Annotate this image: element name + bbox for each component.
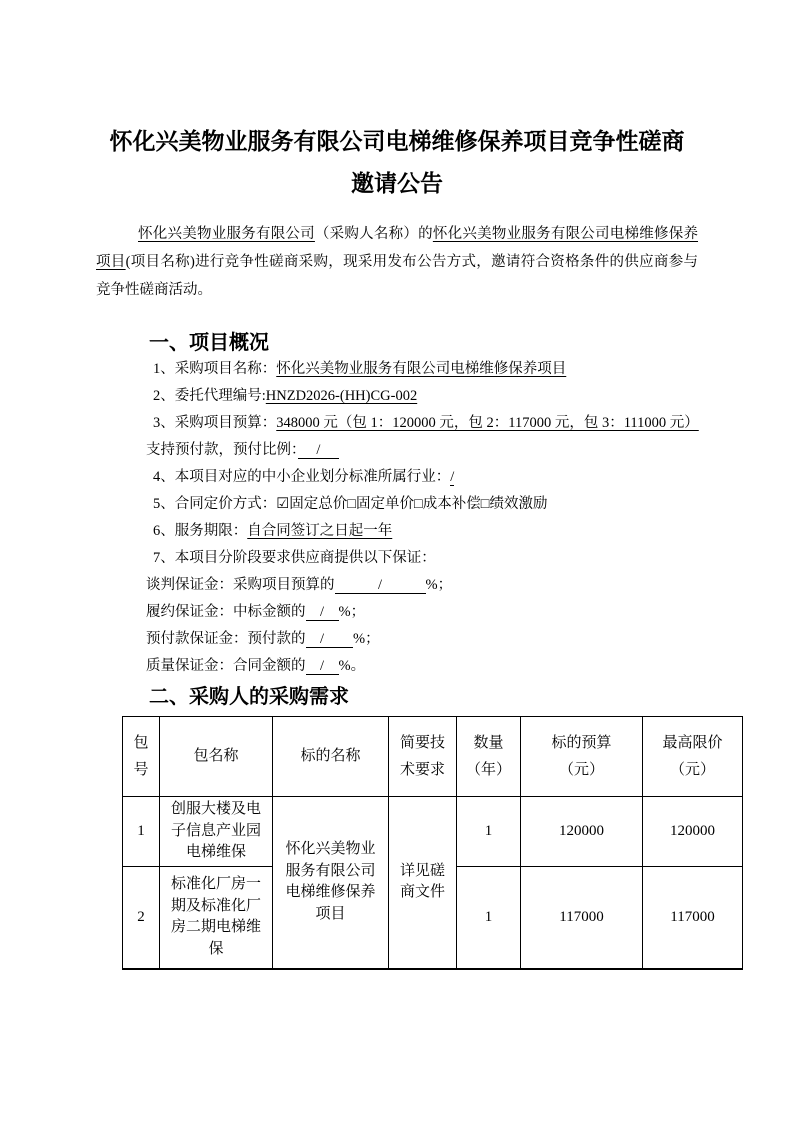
prepayment-ratio-blank: / xyxy=(298,442,338,459)
cell-row1-budget: 120000 xyxy=(521,797,643,867)
col-header-quantity: 数量 （年） xyxy=(457,717,521,797)
intro-paragraph: 怀化兴美物业服务有限公司（采购人名称）的怀化兴美物业服务有限公司电梯维修保养项目… xyxy=(96,220,698,304)
item-prepayment-ratio: 支持预付款，预付比例： / xyxy=(146,437,698,464)
cell-row1-package-no: 1 xyxy=(123,797,160,867)
col-header-price-cap: 最高限价 （元） xyxy=(643,717,743,797)
item5-text: 5、合同定价方式：☑固定总价□固定单价□成本补偿□绩效激励 xyxy=(153,496,548,512)
item6-value: 自合同签订之日起一年 xyxy=(247,523,392,539)
item4-label: 4、本项目对应的中小企业划分标准所属行业： xyxy=(153,469,450,485)
cell-row1-quantity: 1 xyxy=(457,797,521,867)
g1-blank: / xyxy=(335,577,426,594)
item-contract-pricing: 5、合同定价方式：☑固定总价□固定单价□成本补偿□绩效激励 xyxy=(153,491,698,518)
item7-text: 7、本项目分阶段要求供应商提供以下保证： xyxy=(153,550,436,566)
cell-row1-package-name: 创服大楼及电子信息产业园电梯维保 xyxy=(160,797,273,867)
g2-blank: / xyxy=(306,604,339,621)
col-header-package-name: 包名称 xyxy=(160,717,273,797)
cell-row2-budget: 117000 xyxy=(521,867,643,969)
col-header-target-name: 标的名称 xyxy=(273,717,389,797)
section-2-heading: 二、采购人的采购需求 xyxy=(149,684,698,710)
table-header-row: 包 号 包名称 标的名称 简要技 术要求 数量 （年） 标的预算 （元） 最高限… xyxy=(123,717,743,797)
item-guarantees-intro: 7、本项目分阶段要求供应商提供以下保证： xyxy=(153,545,698,572)
g3-blank: / xyxy=(306,631,354,648)
item3-cont-label: 支持预付款，预付比例： xyxy=(146,442,298,458)
g2-suffix: %； xyxy=(339,604,366,620)
cell-tech-requirements-merged: 详见磋商文件 xyxy=(389,797,457,969)
procurement-requirements-table: 包 号 包名称 标的名称 简要技 术要求 数量 （年） 标的预算 （元） 最高限… xyxy=(122,716,743,970)
g3-label: 预付款保证金：预付款的 xyxy=(146,631,306,647)
document-page: 怀化兴美物业服务有限公司电梯维修保养项目竞争性磋商 邀请公告 怀化兴美物业服务有… xyxy=(0,0,793,1122)
item-project-budget: 3、采购项目预算：348000 元（包 1：120000 元，包 2：11700… xyxy=(153,410,698,437)
document-title: 怀化兴美物业服务有限公司电梯维修保养项目竞争性磋商 邀请公告 xyxy=(96,120,698,204)
intro-mid-text: （采购人名称）的 xyxy=(315,226,433,242)
g3-suffix: %； xyxy=(353,631,380,647)
sme-industry-blank: / xyxy=(450,469,454,486)
cell-row2-price-cap: 117000 xyxy=(643,867,743,969)
table-row-package-1: 1 创服大楼及电子信息产业园电梯维保 怀化兴美物业服务有限公司电梯维修保养项目 … xyxy=(123,797,743,867)
cell-row2-package-name: 标准化厂房一期及标准化厂房二期电梯维保 xyxy=(160,867,273,969)
cell-row2-package-no: 2 xyxy=(123,867,160,969)
document-title-line1: 怀化兴美物业服务有限公司电梯维修保养项目竞争性磋商 xyxy=(96,120,698,162)
g2-label: 履约保证金：中标金额的 xyxy=(146,604,306,620)
document-title-line2: 邀请公告 xyxy=(96,162,698,204)
item6-label: 6、服务期限： xyxy=(153,523,247,539)
item2-value: HNZD2026-(HH)CG-002 xyxy=(266,388,417,404)
col-header-package-no: 包 号 xyxy=(123,717,160,797)
intro-rest-text: (项目名称)进行竞争性磋商采购，现采用发布公告方式，邀请符合资格条件的供应商参与… xyxy=(96,254,698,298)
cell-row2-quantity: 1 xyxy=(457,867,521,969)
item1-label: 1、采购项目名称： xyxy=(153,361,276,377)
item-negotiation-guarantee: 谈判保证金：采购项目预算的 / %； xyxy=(146,572,698,599)
item-sme-industry: 4、本项目对应的中小企业划分标准所属行业：/ xyxy=(153,464,698,491)
cell-row1-price-cap: 120000 xyxy=(643,797,743,867)
g1-label: 谈判保证金：采购项目预算的 xyxy=(146,577,335,593)
purchaser-name-underlined: 怀化兴美物业服务有限公司 xyxy=(138,226,315,242)
col-header-tech-requirements: 简要技 术要求 xyxy=(389,717,457,797)
item3-label: 3、采购项目预算： xyxy=(153,415,276,431)
item1-value: 怀化兴美物业服务有限公司电梯维修保养项目 xyxy=(276,361,566,377)
item-service-term: 6、服务期限：自合同签订之日起一年 xyxy=(153,518,698,545)
g4-label: 质量保证金：合同金额的 xyxy=(146,658,306,674)
col-header-budget: 标的预算 （元） xyxy=(521,717,643,797)
g4-blank: / xyxy=(306,658,339,675)
g4-suffix: %。 xyxy=(339,658,366,674)
item-quality-guarantee: 质量保证金：合同金额的 / %。 xyxy=(146,653,698,680)
item3-value: 348000 元（包 1：120000 元，包 2：117000 元，包 3：1… xyxy=(276,415,699,431)
cell-target-name-merged: 怀化兴美物业服务有限公司电梯维修保养项目 xyxy=(273,797,389,969)
item-agency-code: 2、委托代理编号:HNZD2026-(HH)CG-002 xyxy=(153,383,698,410)
g1-suffix: %； xyxy=(426,577,453,593)
item-project-name: 1、采购项目名称：怀化兴美物业服务有限公司电梯维修保养项目 xyxy=(153,356,698,383)
item2-label: 2、委托代理编号: xyxy=(153,388,266,404)
item-performance-guarantee: 履约保证金：中标金额的 / %； xyxy=(146,599,698,626)
item-prepayment-guarantee: 预付款保证金：预付款的 / %； xyxy=(146,626,698,653)
section-1-heading: 一、项目概况 xyxy=(149,330,698,356)
